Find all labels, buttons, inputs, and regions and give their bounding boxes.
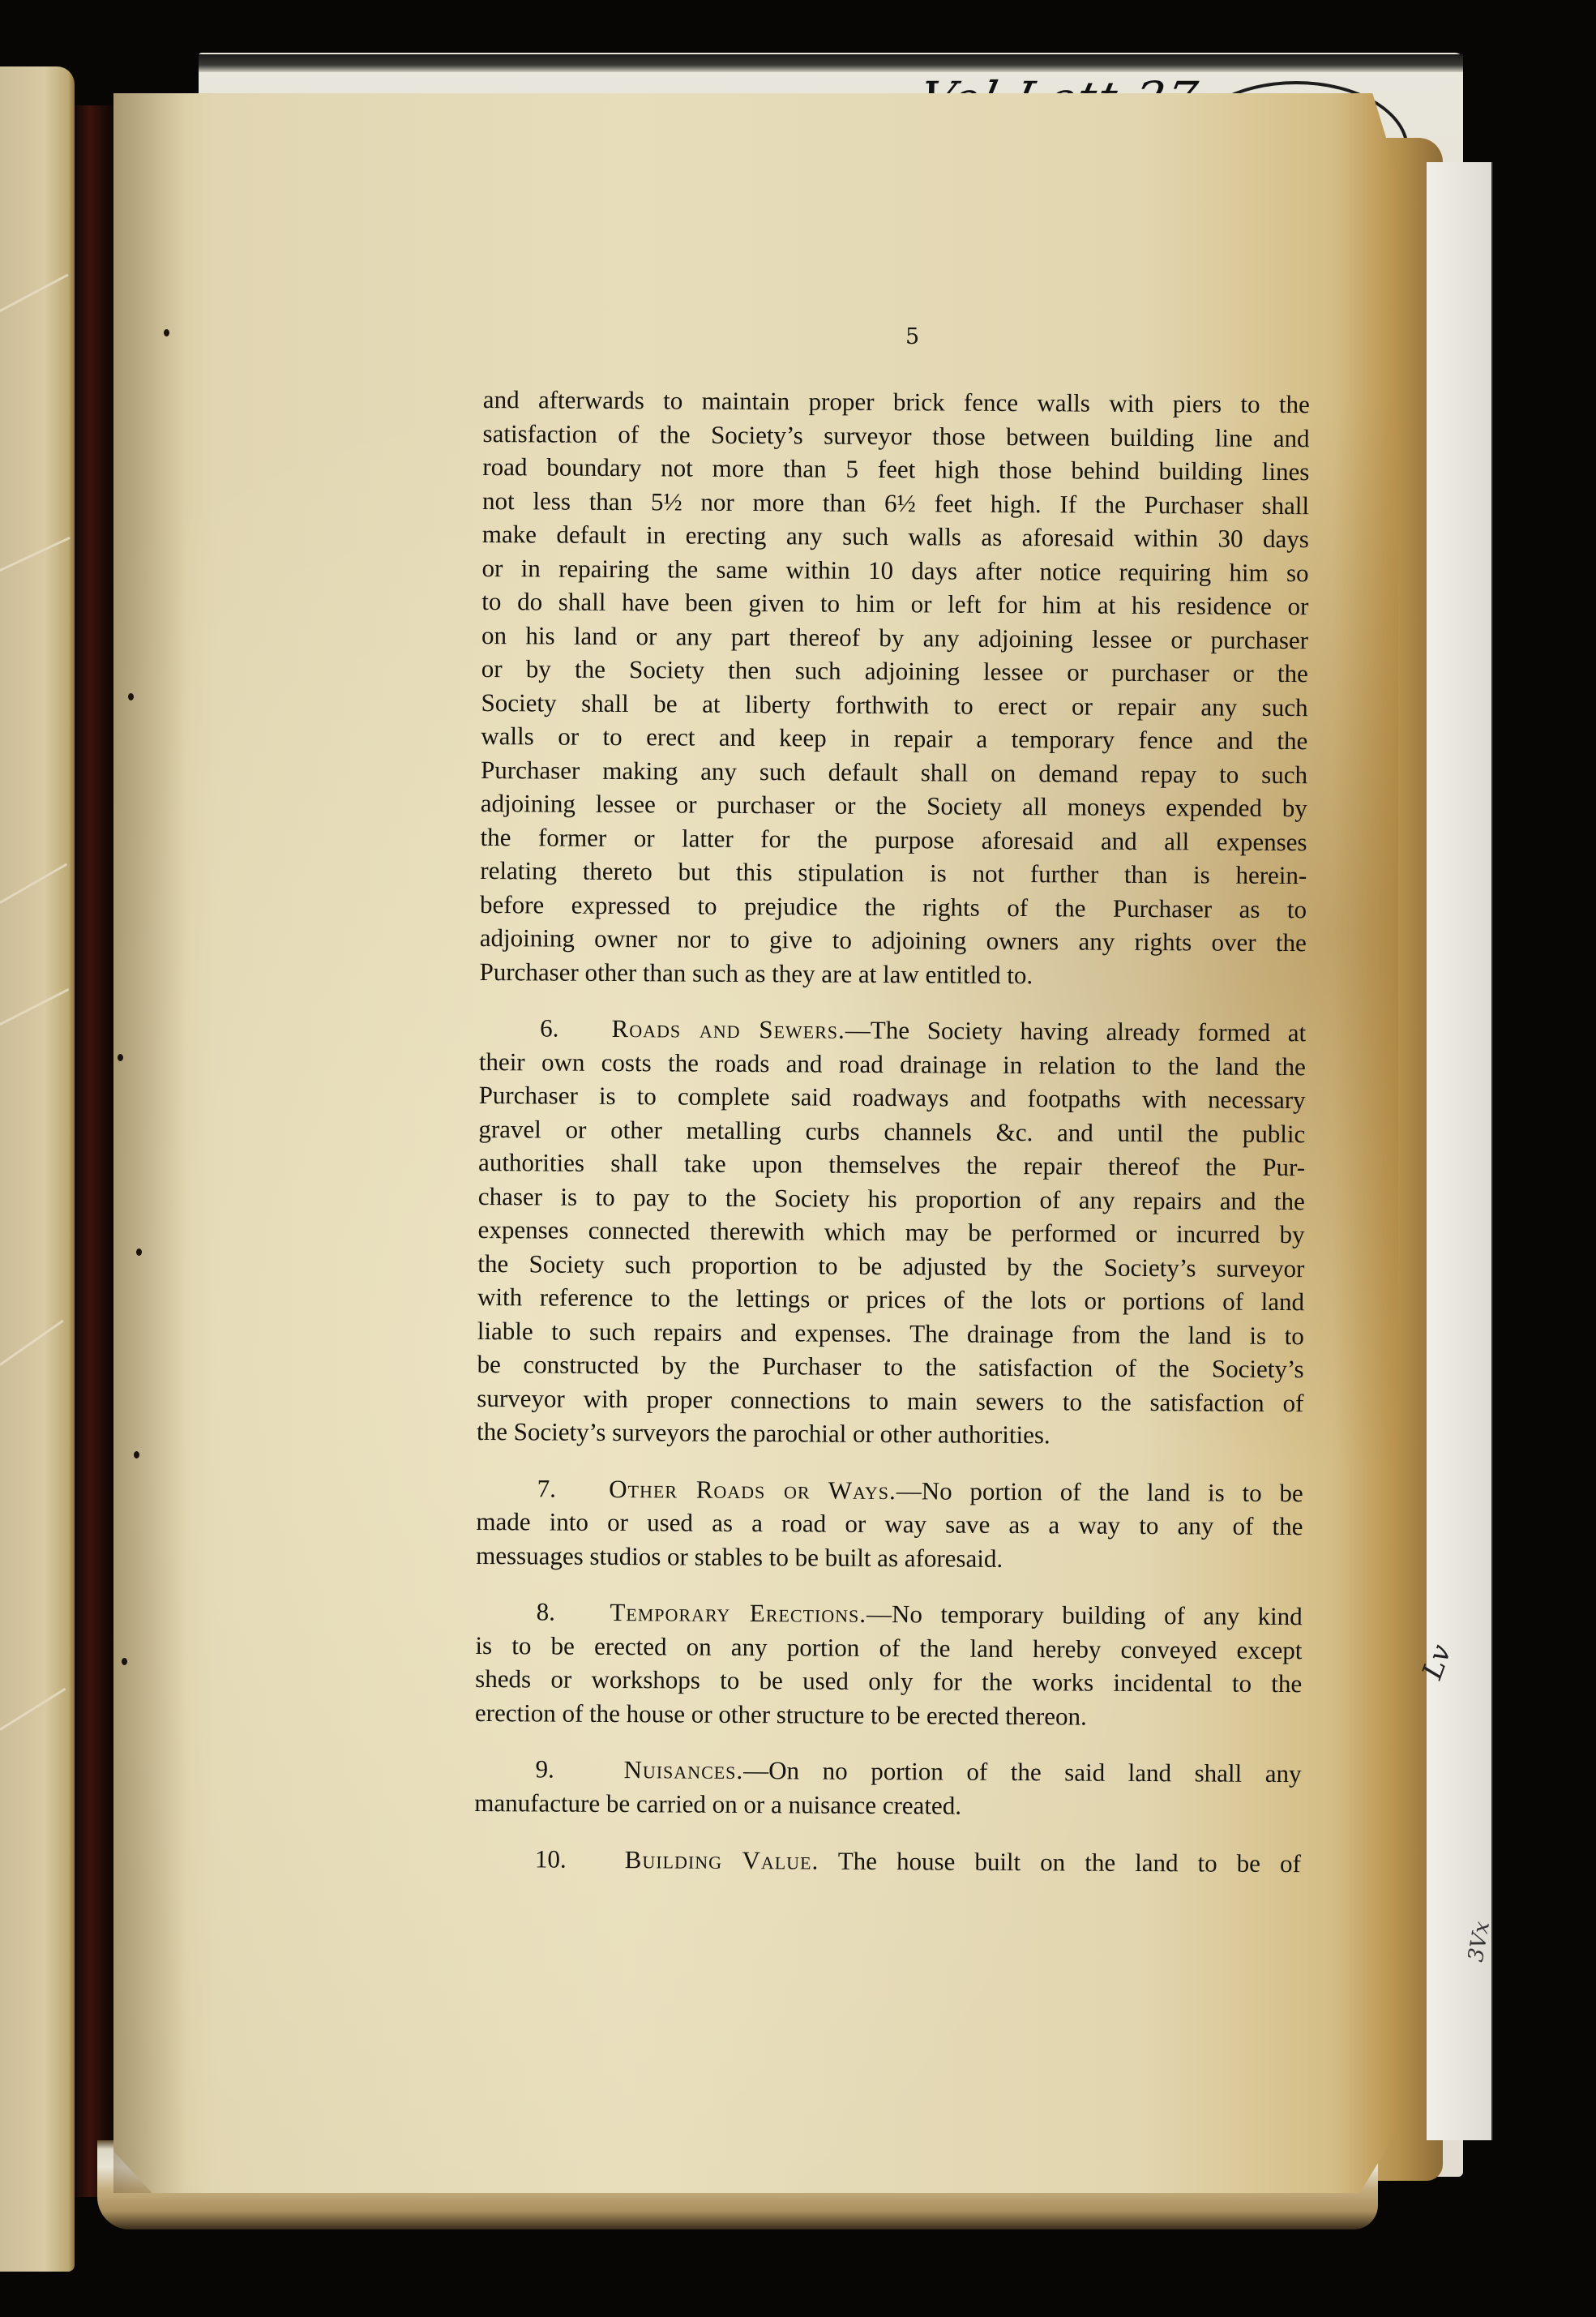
- text-line: made into or used as a road or way save …: [476, 1505, 1303, 1544]
- text-line: and afterwards to maintain proper brick …: [483, 383, 1310, 422]
- clause-first-line: 7. Other Roads or Ways.—No portion of th…: [477, 1471, 1303, 1510]
- clause-heading: Roads and Sewers.: [611, 1014, 845, 1044]
- clause-8-temporary-erections: 8. Temporary Erections.—No temporary bui…: [475, 1595, 1303, 1734]
- text-line: make default in erecting any such walls …: [482, 517, 1309, 556]
- binding-hole: [136, 1248, 142, 1256]
- text-line: the Society’s surveyors the parochial or…: [477, 1415, 1303, 1454]
- binding-hole: [122, 1658, 127, 1665]
- text-line: Purchaser is to complete said roadways a…: [479, 1078, 1306, 1117]
- text-line: gravel or other metalling curbs channels…: [478, 1111, 1305, 1150]
- text-line: sheds or workshops to be used only for t…: [475, 1662, 1302, 1701]
- document-body: and afterwards to maintain proper brick …: [474, 383, 1310, 1904]
- text-line: authorities shall take upon themselves t…: [478, 1146, 1305, 1184]
- binding-thread: [0, 537, 71, 572]
- paragraph-continuation: and afterwards to maintain proper brick …: [479, 383, 1310, 993]
- clause-10-building-value: 10. Building Value. The house built on t…: [474, 1842, 1301, 1881]
- text-line: Purchaser other than such as they are at…: [479, 954, 1306, 993]
- page-shadow: [113, 93, 186, 2193]
- clause-number: 9.: [535, 1754, 554, 1783]
- book-spine-gutter: [75, 105, 113, 2197]
- clause-9-nuisances: 9. Nuisances.—On no portion of the said …: [474, 1752, 1301, 1824]
- text-line: before expressed to prejudice the rights…: [480, 887, 1307, 926]
- text-line: their own costs the roads and road drain…: [479, 1044, 1306, 1083]
- clause-6-roads-and-sewers: 6. Roads and Sewers.—The Society having …: [477, 1011, 1306, 1454]
- binding-hole: [164, 329, 169, 336]
- text-line: manufacture be carried on or a nuisance …: [474, 1785, 1301, 1824]
- text-line: Purchaser making any such default shall …: [481, 752, 1307, 791]
- clause-first-line: 9. Nuisances.—On no portion of the said …: [474, 1752, 1301, 1791]
- text-line: to do shall have been given to him or le…: [481, 585, 1308, 623]
- text-line: erection of the house or other structure…: [475, 1695, 1302, 1734]
- text-line: the Society such proportion to be adjust…: [477, 1246, 1304, 1285]
- clause-text: —No temporary building of any kind: [866, 1600, 1303, 1630]
- clause-text: —On no portion of the said land shall an…: [743, 1756, 1302, 1788]
- text-line: Society shall be at liberty forthwith to…: [481, 685, 1307, 724]
- clause-number: 6.: [540, 1013, 558, 1042]
- clause-first-line: 6. Roads and Sewers.—The Society having …: [479, 1011, 1306, 1050]
- text-line: not less than 5½ nor more than 6½ feet h…: [482, 483, 1309, 522]
- text-line: on his land or any part thereof by any a…: [481, 618, 1308, 657]
- clause-heading: Building Value.: [625, 1845, 819, 1874]
- clause-heading: Temporary Erections.: [610, 1598, 866, 1628]
- clause-first-line: 8. Temporary Erections.—No temporary bui…: [476, 1595, 1303, 1634]
- binding-thread: [0, 1688, 66, 1731]
- clause-number: 7.: [537, 1474, 556, 1502]
- text-line: expenses connected therewith which may b…: [477, 1213, 1304, 1252]
- text-line: with reference to the lettings or prices…: [477, 1280, 1304, 1319]
- binding-thread: [0, 988, 69, 1026]
- binding-hole: [134, 1451, 139, 1458]
- binding-thread: [0, 274, 69, 312]
- clause-heading: Other Roads or Ways.: [609, 1474, 896, 1504]
- binding-thread: [0, 863, 67, 904]
- text-line: road boundary not more than 5 feet high …: [482, 450, 1309, 489]
- binding-hole: [118, 1054, 123, 1061]
- clause-first-line: 10. Building Value. The house built on t…: [474, 1842, 1301, 1881]
- text-line: adjoining owner nor to give to adjoining…: [480, 921, 1307, 960]
- text-line: is to be erected on any portion of the l…: [475, 1628, 1302, 1667]
- clause-text: —No portion of the land is to be: [896, 1476, 1303, 1507]
- page-number: 5: [905, 324, 919, 349]
- clause-heading: Nuisances.: [623, 1755, 743, 1784]
- clause-text: —The Society having already formed at: [845, 1016, 1307, 1047]
- back-sheet-white-edge: [1427, 162, 1493, 2140]
- binding-thread: [0, 1320, 64, 1366]
- text-line: walls or to erect and keep in repair a t…: [481, 719, 1307, 758]
- text-line: or by the Society then such adjoining le…: [481, 652, 1308, 691]
- clause-number: 10.: [535, 1844, 567, 1873]
- binding-hole: [128, 693, 134, 700]
- clause-text: The house built on the land to be of: [819, 1847, 1301, 1878]
- text-line: liable to such repairs and expenses. The…: [477, 1313, 1304, 1352]
- text-line: adjoining lessee or purchaser or the Soc…: [481, 786, 1307, 825]
- text-line: satisfaction of the Society’s surveyor t…: [482, 416, 1309, 455]
- text-line: be constructed by the Purchaser to the s…: [477, 1347, 1303, 1386]
- text-line: chaser is to pay to the Society his prop…: [478, 1179, 1305, 1218]
- text-line: or in repairing the same within 10 days …: [481, 550, 1308, 589]
- left-facing-page: [0, 66, 75, 2272]
- text-line: surveyor with proper connections to main…: [477, 1381, 1303, 1420]
- text-line: messuages studios or stables to be built…: [476, 1538, 1303, 1577]
- clause-number: 8.: [537, 1597, 555, 1625]
- text-line: the former or latter for the purpose afo…: [480, 820, 1307, 859]
- back-sheet-edge: [199, 54, 1463, 72]
- clause-7-other-roads-or-ways: 7. Other Roads or Ways.—No portion of th…: [476, 1471, 1303, 1577]
- text-line: relating thereto but this stipulation is…: [480, 854, 1307, 893]
